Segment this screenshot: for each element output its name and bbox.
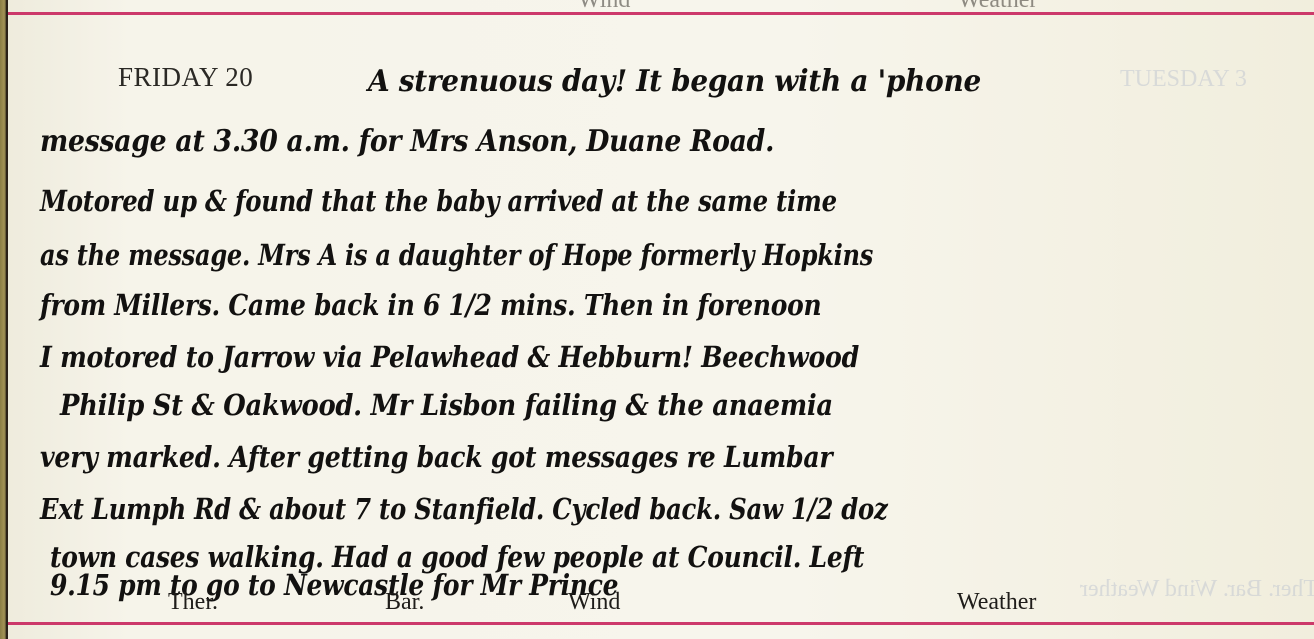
handwritten-line: Motored up & found that the baby arrived…: [0, 184, 1314, 218]
handwritten-line: Ext Lumph Rd & about 7 to Stanfield. Cyc…: [0, 492, 1314, 526]
handwritten-line-text: as the message. Mrs A is a daughter of H…: [40, 238, 873, 272]
handwritten-line-text: Ext Lumph Rd & about 7 to Stanfield. Cyc…: [40, 492, 888, 526]
handwritten-line-text: I motored to Jarrow via Pelawhead & Hebb…: [40, 340, 859, 374]
handwritten-line: message at 3.30 a.m. for Mrs Anson, Duan…: [0, 124, 1314, 159]
diary-page: Wind Weather TUESDAY 3 Ther. Bar. Wind W…: [0, 0, 1314, 639]
footer-label-weather: Weather: [957, 589, 1036, 616]
footer-label-bar: Bar.: [385, 589, 424, 616]
handwritten-line-text: 9.15 pm to go to Newcastle for Mr Prince: [50, 568, 618, 602]
handwritten-line: as the message. Mrs A is a daughter of H…: [0, 238, 1314, 272]
handwritten-line: from Millers. Came back in 6 1/2 mins. T…: [0, 288, 1314, 322]
footer-label-wind: Wind: [568, 589, 620, 616]
top-rule-line: [8, 12, 1314, 15]
handwritten-line: A strenuous day! It began with a 'phone: [0, 64, 1314, 99]
bottom-rule-line: [8, 622, 1314, 625]
handwritten-line-text: message at 3.30 a.m. for Mrs Anson, Duan…: [40, 124, 774, 159]
handwritten-line-text: A strenuous day! It began with a 'phone: [368, 64, 981, 99]
handwritten-line-text: from Millers. Came back in 6 1/2 mins. T…: [40, 288, 821, 322]
footer-label-ther: Ther.: [168, 589, 218, 616]
handwritten-line-text: Philip St & Oakwood. Mr Lisbon failing &…: [60, 388, 833, 422]
handwritten-line: very marked. After getting back got mess…: [0, 440, 1314, 474]
handwritten-line-text: very marked. After getting back got mess…: [40, 440, 832, 474]
handwritten-line: I motored to Jarrow via Pelawhead & Hebb…: [0, 340, 1314, 374]
handwritten-line-text: Motored up & found that the baby arrived…: [40, 184, 837, 218]
handwritten-line: Philip St & Oakwood. Mr Lisbon failing &…: [0, 388, 1314, 422]
